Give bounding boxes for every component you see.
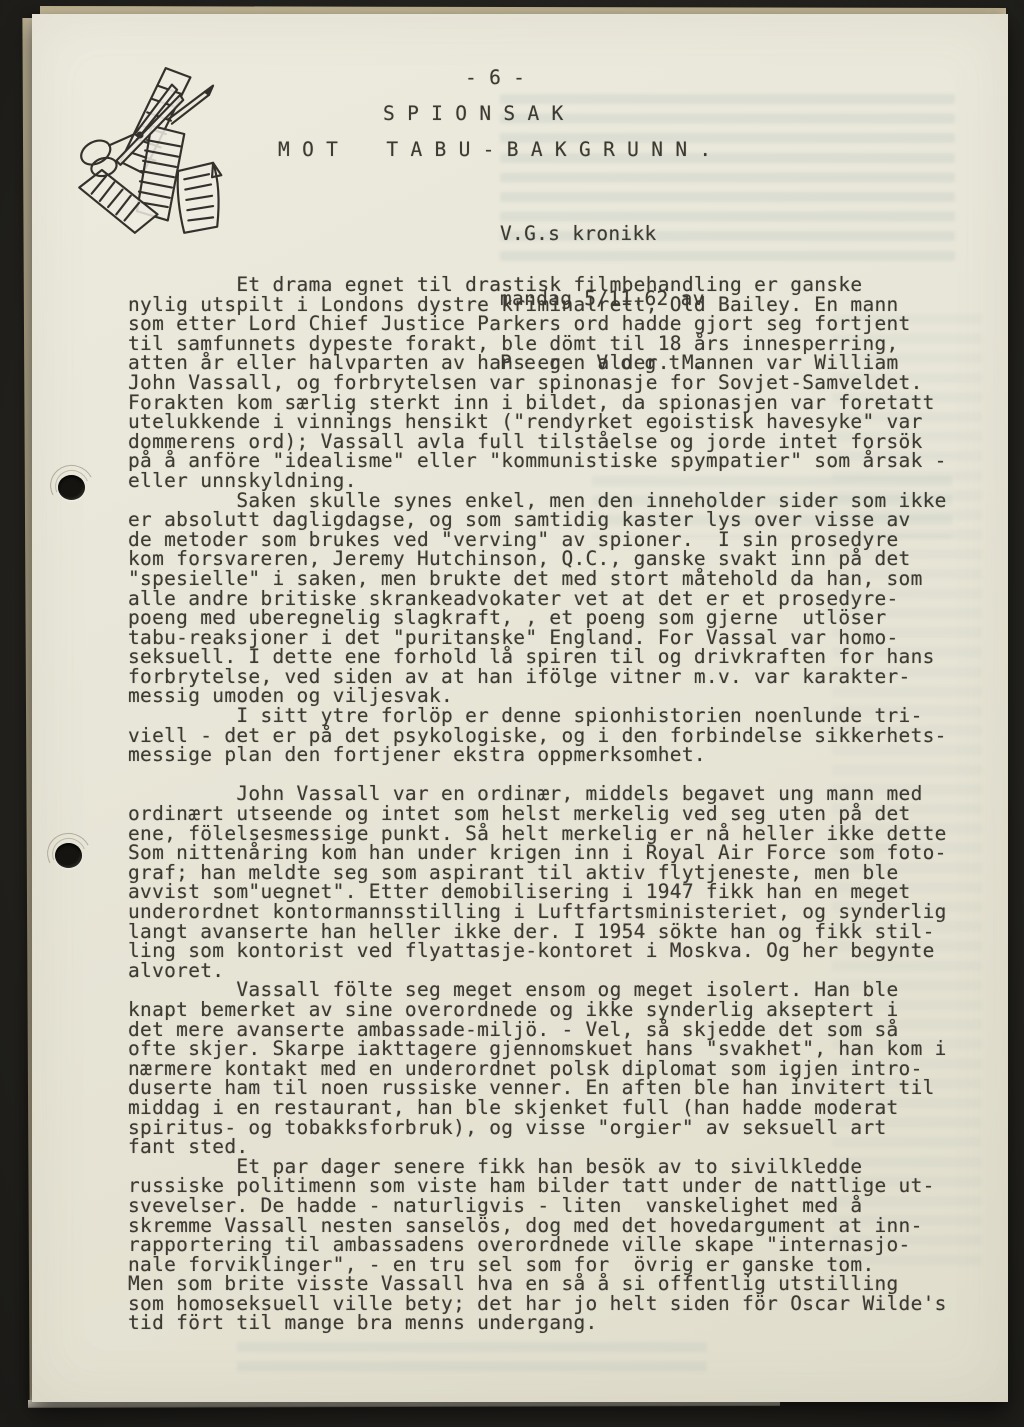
paper-sheet: - 6 - S P I O N S A K M O T T A B U - B …: [32, 14, 1008, 1402]
article-title-line1: S P I O N S A K: [383, 102, 564, 125]
scanned-page-background: - 6 - S P I O N S A K M O T T A B U - B …: [0, 0, 1024, 1427]
punch-hole-top: [58, 475, 85, 500]
punch-hole-bottom: [55, 843, 82, 868]
article-body: Et drama egnet til drastisk filmbehandli…: [128, 275, 947, 1333]
byline-source: V.G.s kronikk: [500, 223, 705, 245]
scissors-newspaper-clippings-icon: [75, 64, 240, 239]
bleed-through-text: [237, 1342, 707, 1378]
article-title-line2: M O T T A B U - B A K G R U N N .: [278, 138, 711, 161]
page-number: - 6 -: [465, 66, 525, 89]
